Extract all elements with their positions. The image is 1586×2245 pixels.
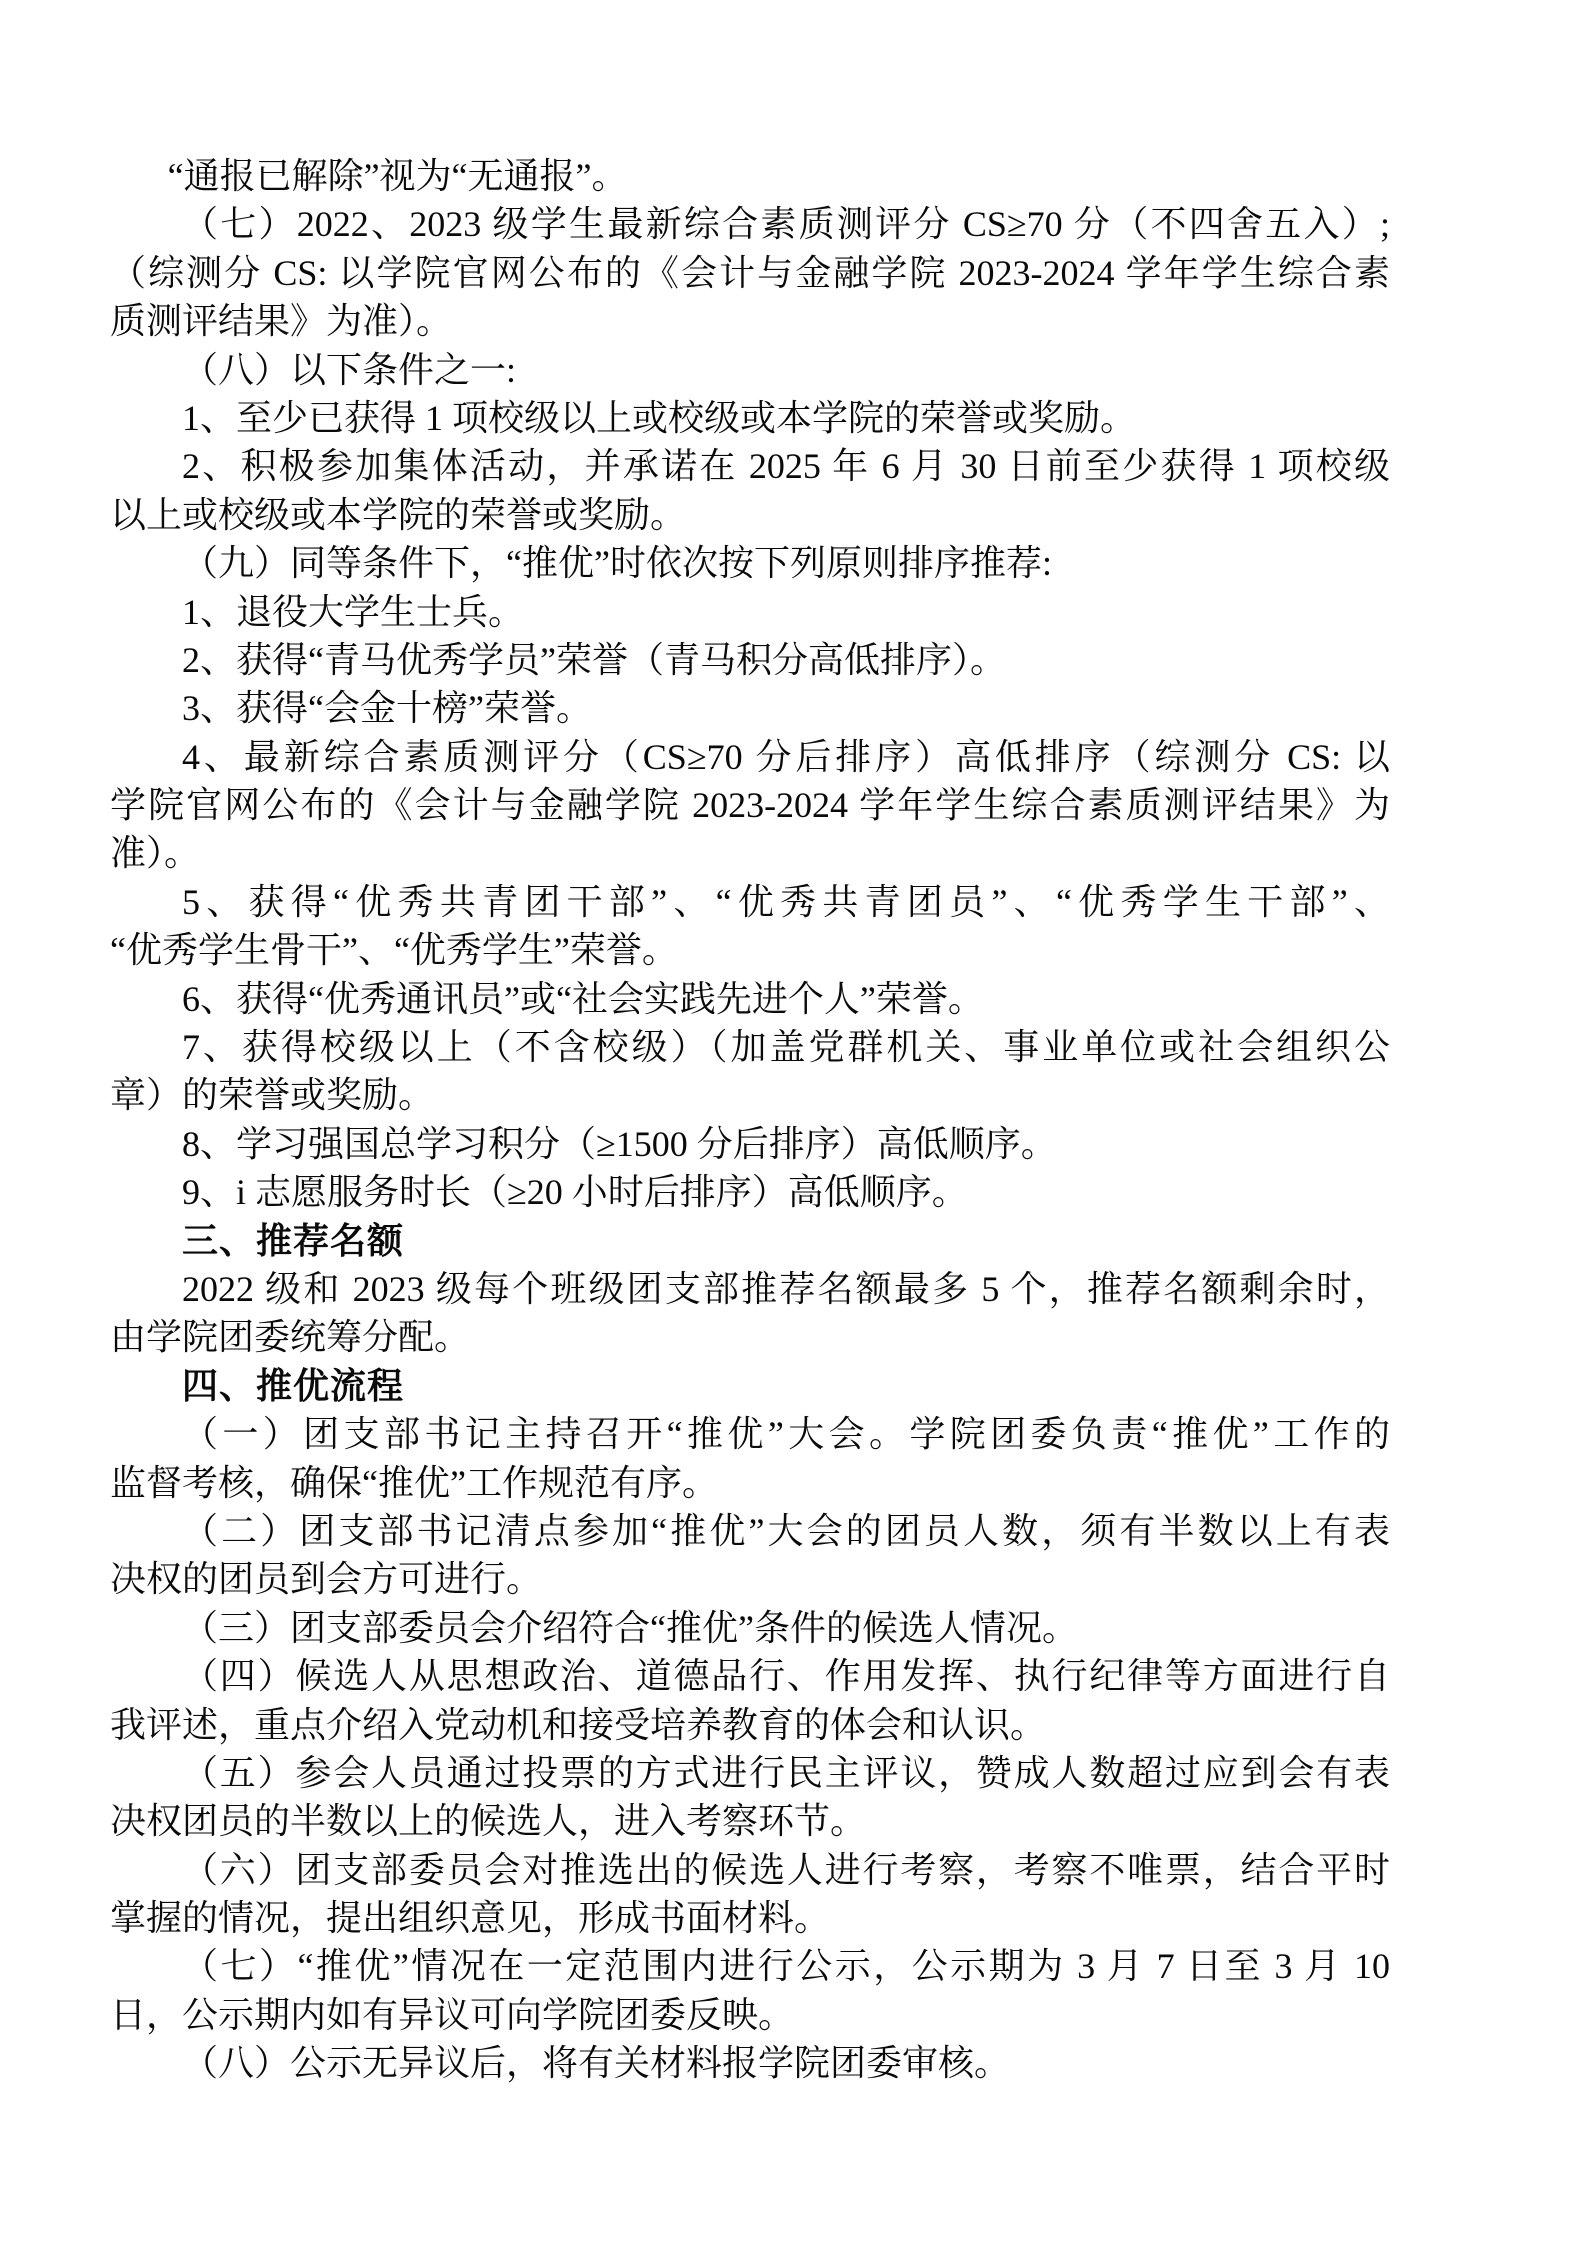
text-line: 学院官网公布的《会计与金融学院 2023-2024 学年学生综合素质测评结果》为 xyxy=(110,781,1390,829)
text-line: 6、获得“优秀通讯员”或“社会实践先进个人”荣誉。 xyxy=(110,975,1390,1023)
text-line: 章）的荣誉或奖励。 xyxy=(110,1071,1390,1119)
text-line: 5、获得“优秀共青团干部”、“优秀共青团员”、“优秀学生干部”、 xyxy=(110,878,1390,926)
text-line: （八）以下条件之一: xyxy=(110,346,1390,394)
text-line: （三）团支部委员会介绍符合“推优”条件的候选人情况。 xyxy=(110,1604,1390,1652)
text-line: （四）候选人从思想政治、道德品行、作用发挥、执行纪律等方面进行自 xyxy=(110,1652,1390,1700)
text-line: 3、获得“会金十榜”荣誉。 xyxy=(110,684,1390,732)
text-line: 7、获得校级以上（不含校级）（加盖党群机关、事业单位或社会组织公 xyxy=(110,1023,1390,1071)
document-body: “通报已解除”视为“无通报”。（七）2022、2023 级学生最新综合素质测评分… xyxy=(110,152,1390,2088)
text-line: （七）“推优”情况在一定范围内进行公示，公示期为 3 月 7 日至 3 月 10 xyxy=(110,1942,1390,1990)
text-line: （九）同等条件下，“推优”时依次按下列原则排序推荐: xyxy=(110,539,1390,587)
text-line: 由学院团委统筹分配。 xyxy=(110,1313,1390,1361)
text-line: 2、获得“青马优秀学员”荣誉（青马积分高低排序）。 xyxy=(110,636,1390,684)
text-line: 1、至少已获得 1 项校级以上或校级或本学院的荣誉或奖励。 xyxy=(110,394,1390,442)
text-line: “优秀学生骨干”、“优秀学生”荣誉。 xyxy=(110,926,1390,974)
text-line: （八）公示无异议后，将有关材料报学院团委审核。 xyxy=(110,2039,1390,2087)
text-line: 我评述，重点介绍入党动机和接受培养教育的体会和认识。 xyxy=(110,1701,1390,1749)
text-line: 四、推优流程 xyxy=(110,1362,1390,1410)
document-page: “通报已解除”视为“无通报”。（七）2022、2023 级学生最新综合素质测评分… xyxy=(0,0,1586,2245)
text-line: 9、i 志愿服务时长（≥20 小时后排序）高低顺序。 xyxy=(110,1168,1390,1216)
text-line: 决权的团员到会方可进行。 xyxy=(110,1555,1390,1603)
text-line: （五）参会人员通过投票的方式进行民主评议，赞成人数超过应到会有表 xyxy=(110,1749,1390,1797)
text-line: （二）团支部书记清点参加“推优”大会的团员人数，须有半数以上有表 xyxy=(110,1507,1390,1555)
text-line: 三、推荐名额 xyxy=(110,1217,1390,1265)
text-line: 1、退役大学生士兵。 xyxy=(110,588,1390,636)
text-line: 4、最新综合素质测评分（CS≥70 分后排序）高低排序（综测分 CS: 以 xyxy=(110,733,1390,781)
text-line: 准）。 xyxy=(110,829,1390,877)
text-line: （七）2022、2023 级学生最新综合素质测评分 CS≥70 分（不四舍五入）… xyxy=(110,200,1390,248)
text-line: （综测分 CS: 以学院官网公布的《会计与金融学院 2023-2024 学年学生… xyxy=(110,249,1390,297)
text-line: 2、积极参加集体活动，并承诺在 2025 年 6 月 30 日前至少获得 1 项… xyxy=(110,442,1390,490)
text-line: 8、学习强国总学习积分（≥1500 分后排序）高低顺序。 xyxy=(110,1120,1390,1168)
text-line: 掌握的情况，提出组织意见，形成书面材料。 xyxy=(110,1894,1390,1942)
text-line: （一）团支部书记主持召开“推优”大会。学院团委负责“推优”工作的 xyxy=(110,1410,1390,1458)
text-line: （六）团支部委员会对推选出的候选人进行考察，考察不唯票，结合平时 xyxy=(110,1846,1390,1894)
text-line: 决权团员的半数以上的候选人，进入考察环节。 xyxy=(110,1797,1390,1845)
text-line: 监督考核，确保“推优”工作规范有序。 xyxy=(110,1459,1390,1507)
text-line: 日，公示期内如有异议可向学院团委反映。 xyxy=(110,1991,1390,2039)
text-line: 以上或校级或本学院的荣誉或奖励。 xyxy=(110,491,1390,539)
text-line: 2022 级和 2023 级每个班级团支部推荐名额最多 5 个，推荐名额剩余时， xyxy=(110,1265,1390,1313)
text-line: 质测评结果》为准）。 xyxy=(110,297,1390,345)
text-line: “通报已解除”视为“无通报”。 xyxy=(110,152,1390,200)
